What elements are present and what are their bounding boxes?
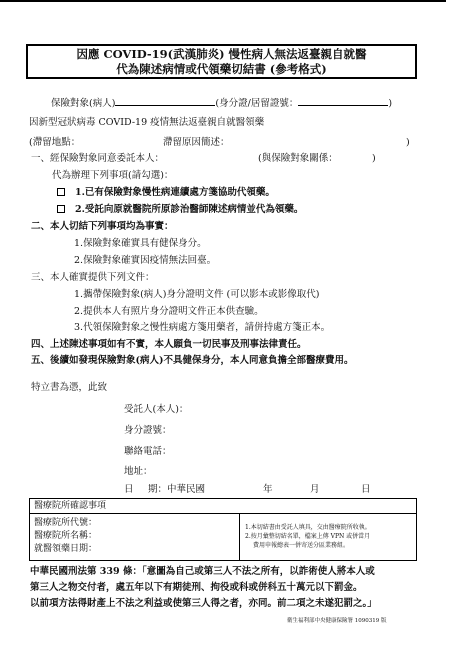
option-1[interactable]: 1.已有保險對象慢性病連續處方箋協助代領藥。 — [57, 187, 275, 199]
date-label-2: 期：中華民國 — [148, 484, 205, 496]
note-1: 1.本切結書由受託人填具，交由醫療院所收執。 — [245, 523, 416, 532]
note-2-cont: 費用申報總表一併寄送分區業務組。 — [245, 541, 416, 550]
stay-location-label: (滯留地點： — [29, 137, 80, 149]
section-5-heading: 五、後續如發現保險對象(病人)不具健保身分，本人同意負擔全部醫療費用。 — [31, 355, 354, 367]
hospital-notes: 1.本切結書由受託人填具，交由醫療院所收執。 2.按月彙整切結名單，檔案上傳 V… — [241, 514, 416, 561]
law-line-2: 第三人之物交付者，處五年以下有期徒刑、拘役或科或併科五十萬元以下罰金。 — [30, 580, 363, 595]
section-3-item-2: 2.提供本人有照片身分證明文件正本供查驗。 — [74, 306, 264, 318]
option-2[interactable]: 2.受託向原就醫院所原診治醫師陳述病情並代為領藥。 — [57, 204, 303, 216]
visit-date-label: 就醫領藥日期： — [34, 543, 239, 556]
document-title-box: 因應 COVID-19(武漢肺炎) 慢性病人無法返臺親自就醫 代為陳述病情或代領… — [26, 44, 417, 79]
hospital-confirmation-table: 醫療院所確認事項 醫療院所代號： 醫療院所名稱： 就醫領藥日期： 1.本切結書由… — [29, 498, 417, 561]
patient-line: 保險對象(病人)(身分證/居留證號：) — [51, 96, 392, 110]
section-2-heading: 二、本人切結下列事項均為事實： — [31, 221, 174, 233]
option-2-checkbox[interactable] — [57, 205, 65, 213]
section-3-heading: 三、本人確實提供下列文件： — [31, 272, 155, 284]
hospital-fields: 醫療院所代號： 醫療院所名稱： 就醫領藥日期： — [30, 514, 240, 561]
option-2-label: 2.受託向原就醫院所原診治醫師陳述病情並代為領藥。 — [75, 204, 303, 215]
title-line-2: 代為陳述病情或代領藥切結書 (參考格式) — [28, 62, 415, 77]
section-2-item-1: 1.保險對象確實具有健保身分。 — [74, 238, 207, 250]
agent-label: 受託人(本人)： — [124, 404, 188, 416]
relation-close: ) — [372, 153, 376, 165]
patient-label: 保險對象(病人) — [51, 98, 115, 109]
option-1-label: 1.已有保險對象慢性病連續處方箋協助代領藥。 — [75, 187, 275, 198]
table-body: 醫療院所代號： 醫療院所名稱： 就醫領藥日期： 1.本切結書由受託人填具，交由醫… — [30, 514, 416, 561]
section-3-item-3: 3.代領保險對象之慢性病處方箋用藥者，請併持處方箋正本。 — [74, 322, 330, 334]
law-line-1: 中華民國刑法第 339 條：「意圖為自己或第三人不法之所有，以詐術使人將本人或 — [30, 564, 375, 579]
stay-close: ) — [406, 137, 410, 149]
phone-label: 聯絡電話： — [124, 446, 172, 458]
section-4-heading: 四、上述陳述事項如有不實，本人願負一切民事及刑事法律責任。 — [31, 339, 307, 351]
patient-id-close: ) — [388, 98, 392, 109]
section-1-subheading: 代為辦理下列事項(請勾選)： — [52, 170, 173, 182]
date-year: 年 — [263, 484, 273, 496]
reason-line: 因新型冠狀病毒 COVID-19 疫情無法返臺親自就醫領藥 — [29, 117, 264, 129]
closing-text: 特立書為憑，此致 — [31, 382, 107, 394]
section-1-heading: 一、經保險對象同意委託本人： — [31, 153, 164, 165]
note-2: 2.按月彙整切結名單，檔案上傳 VPN 或併當月 — [245, 532, 416, 541]
section-3-item-1: 1.攜帶保險對象(病人)身分證明文件 (可以影本或影像取代) — [74, 289, 319, 301]
date-label-1: 日 — [124, 484, 134, 496]
section-2-item-2: 2.保險對象確實因疫情無法回臺。 — [74, 255, 216, 267]
stay-reason-label: 滯留原因簡述： — [163, 137, 230, 149]
relation-label: (與保險對象關係： — [258, 153, 338, 165]
date-month: 月 — [310, 484, 320, 496]
patient-name-field[interactable] — [115, 96, 215, 106]
address-label: 地址： — [124, 466, 153, 478]
table-header: 醫療院所確認事項 — [30, 499, 416, 514]
patient-id-field[interactable] — [298, 96, 388, 106]
date-day: 日 — [361, 484, 371, 496]
hospital-name-label: 醫療院所名稱： — [34, 530, 239, 543]
top-border-line — [0, 0, 446, 2]
hospital-code-label: 醫療院所代號： — [34, 517, 239, 530]
version-footer: 衛生福利部中央健康保險署 1090319 版 — [287, 616, 387, 624]
agent-id-label: 身分證號： — [124, 425, 172, 437]
law-line-3: 以前項方法得財產上不法之利益或使第三人得之者，亦同。前二項之未遂犯罰之。」 — [30, 596, 377, 611]
option-1-checkbox[interactable] — [57, 188, 65, 196]
title-line-1: 因應 COVID-19(武漢肺炎) 慢性病人無法返臺親自就醫 — [28, 47, 415, 62]
patient-id-label: (身分證/居留證號： — [215, 98, 298, 109]
